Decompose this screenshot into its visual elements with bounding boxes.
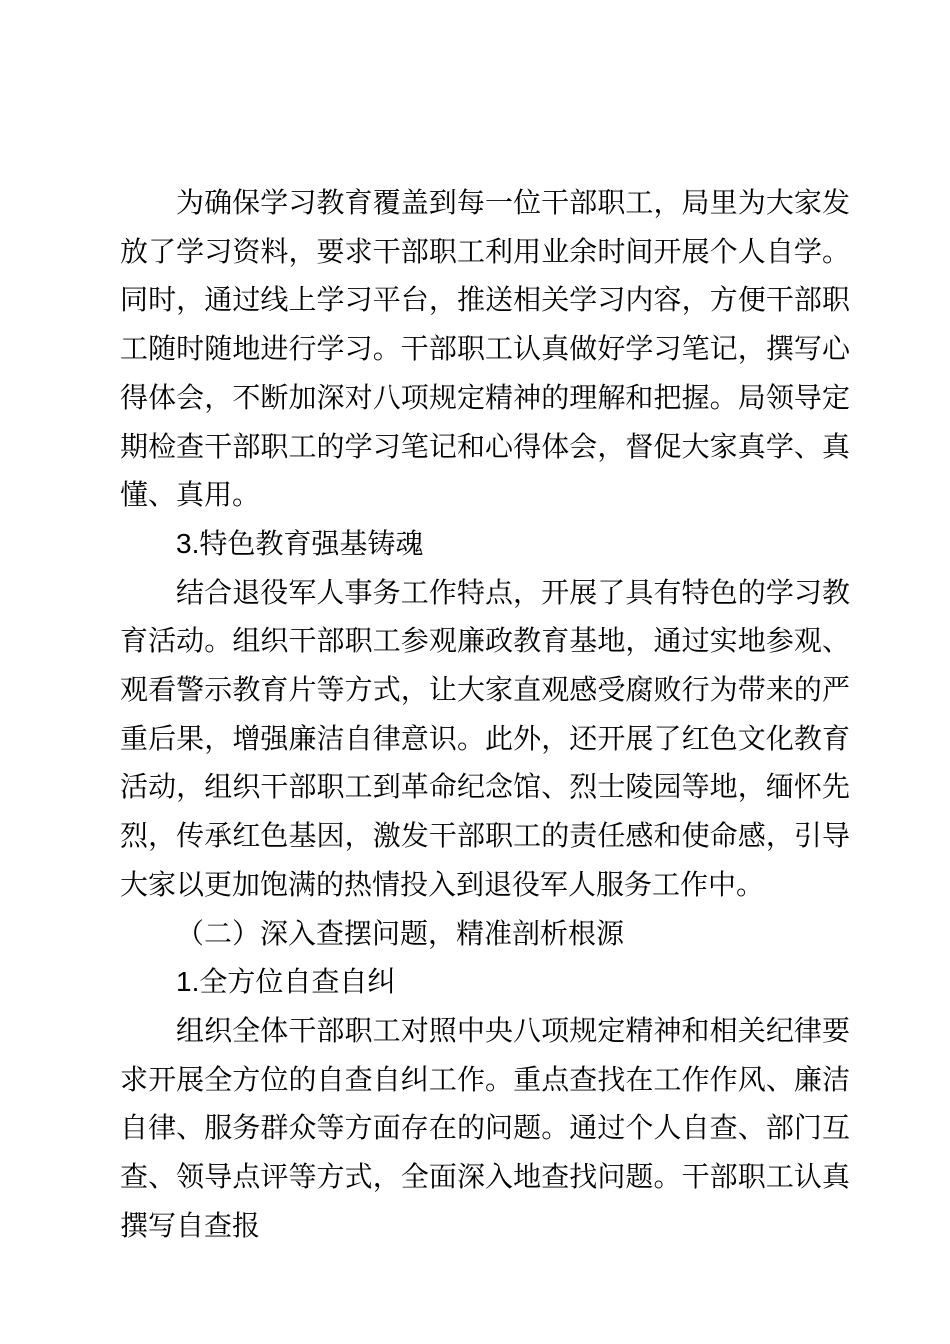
heading-numbered-1-self-inspection: 1.全方位自查自纠 [120,958,850,1007]
paragraph-special-education-activities: 结合退役军人事务工作特点，开展了具有特色的学习教育活动。组织干部职工参观廉政教育… [120,569,850,910]
heading-numbered-3-special-education: 3.特色教育强基铸魂 [120,520,850,569]
heading-section-2-problem-review: （二）深入查摆问题，精准剖析根源 [120,910,850,959]
document-page: 为确保学习教育覆盖到每一位干部职工，局里为大家发放了学习资料，要求干部职工利用业… [0,0,950,1344]
paragraph-self-study: 为确保学习教育覆盖到每一位干部职工，局里为大家发放了学习资料，要求干部职工利用业… [120,179,850,520]
paragraph-self-inspection-work: 组织全体干部职工对照中央八项规定精神和相关纪律要求开展全方位的自查自纠工作。重点… [120,1007,850,1251]
